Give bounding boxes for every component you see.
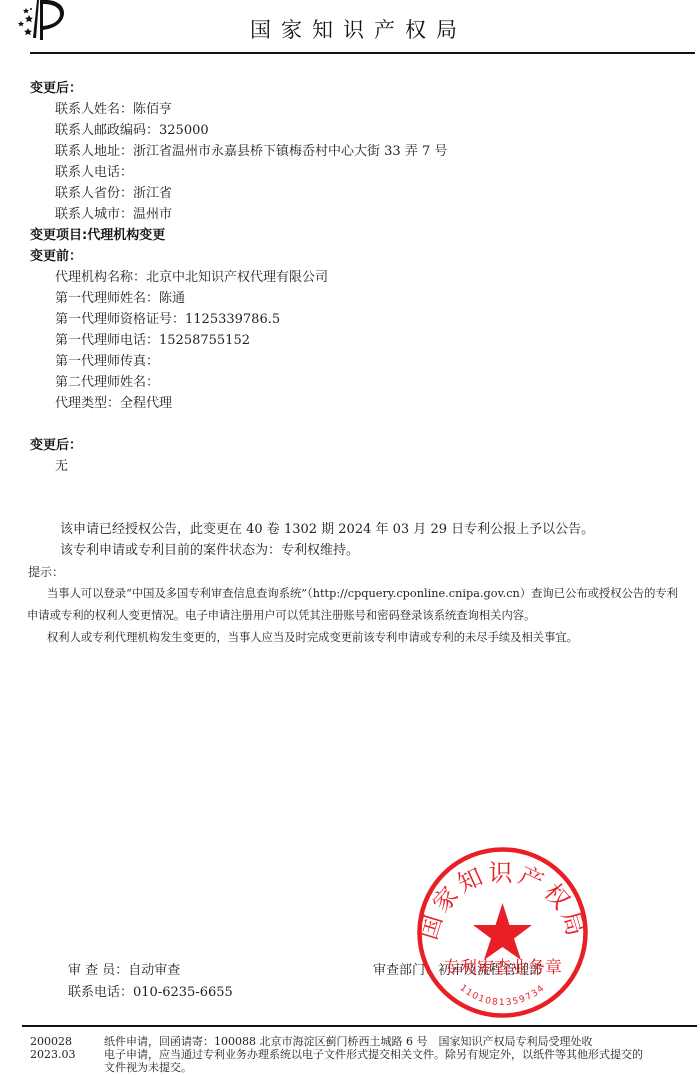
org-title: 国家知识产权局	[250, 14, 467, 44]
field-contact-phone: 联系人电话：	[55, 164, 133, 182]
field-first-agent-license: 第一代理师资格证号：1125339786.5	[55, 311, 280, 329]
field-first-agent-name: 第一代理师姓名：陈通	[55, 290, 185, 308]
footer-line-1: 纸件申请，回函请寄：100088 北京市海淀区蓟门桥西土城路 6 号 国家知识产…	[104, 1035, 592, 1048]
field-agency-name: 代理机构名称：北京中北知识产权代理有限公司	[55, 269, 328, 287]
field-contact-address: 联系人地址：浙江省温州市永嘉县桥下镇梅岙村中心大街 33 弄 7 号	[55, 143, 447, 161]
field-contact-province: 联系人省份：浙江省	[55, 185, 172, 203]
tips-heading: 提示：	[28, 563, 64, 581]
official-seal-icon: 国家知识产权局 专利审查业务章 1101081359734	[415, 845, 590, 1020]
field-contact-postcode: 联系人邮政编码：325000	[55, 122, 209, 140]
change-item-heading: 变更项目:代理机构变更	[30, 227, 165, 245]
footer-line-3: 文件视为未提交。	[104, 1061, 192, 1074]
field-first-agent-fax: 第一代理师传真：	[55, 353, 159, 371]
field-agency-type: 代理类型：全程代理	[55, 395, 172, 413]
footer-line-2: 电子申请，应当通过专利业务办理系统以电子文件形式提交相关文件。除另有规定外，以纸…	[104, 1048, 643, 1061]
contact-phone: 联系电话：010-6235-6655	[68, 984, 233, 1002]
letterhead: 国家知识产权局	[0, 0, 700, 56]
field-first-agent-phone: 第一代理师电话：15258755152	[55, 332, 250, 350]
announcement-line-2: 该专利申请或专利目前的案件状态为：专利权维持。	[60, 542, 359, 560]
tips-paragraph-1-line-1: 当事人可以登录“中国及多国专利审查信息查询系统”（http://cpquery.…	[47, 585, 678, 603]
form-code: 200028	[30, 1035, 72, 1048]
section-heading-agency-after: 变更后：	[30, 437, 82, 455]
cnipa-logo-icon	[10, 0, 70, 46]
tips-paragraph-2: 权利人或专利代理机构发生变更的，当事人应当及时完成变更前该专利申请或专利的未尽手…	[47, 629, 578, 647]
seal-bottom-text: 专利审查业务章	[443, 957, 562, 978]
form-date: 2023.03	[30, 1048, 76, 1061]
field-second-agent-name: 第二代理师姓名：	[55, 374, 159, 392]
section-heading-after: 变更后：	[30, 80, 82, 98]
field-contact-city: 联系人城市：温州市	[55, 206, 172, 224]
tips-paragraph-1-line-2: 申请或专利的权利人变更情况。电子申请注册用户可以凭其注册账号和密码登录该系统查询…	[27, 607, 535, 625]
field-contact-name: 联系人姓名：陈佰亨	[55, 101, 172, 119]
svg-text:1101081359734: 1101081359734	[458, 983, 548, 1008]
agency-after-value: 无	[55, 458, 68, 476]
section-heading-before: 变更前：	[30, 248, 82, 266]
announcement-line-1: 该申请已经授权公告，此变更在 40 卷 1302 期 2024 年 03 月 2…	[60, 521, 594, 539]
header-divider	[30, 52, 695, 54]
footer-divider	[22, 1025, 697, 1027]
examiner: 审 查 员：自动审查	[68, 962, 180, 980]
